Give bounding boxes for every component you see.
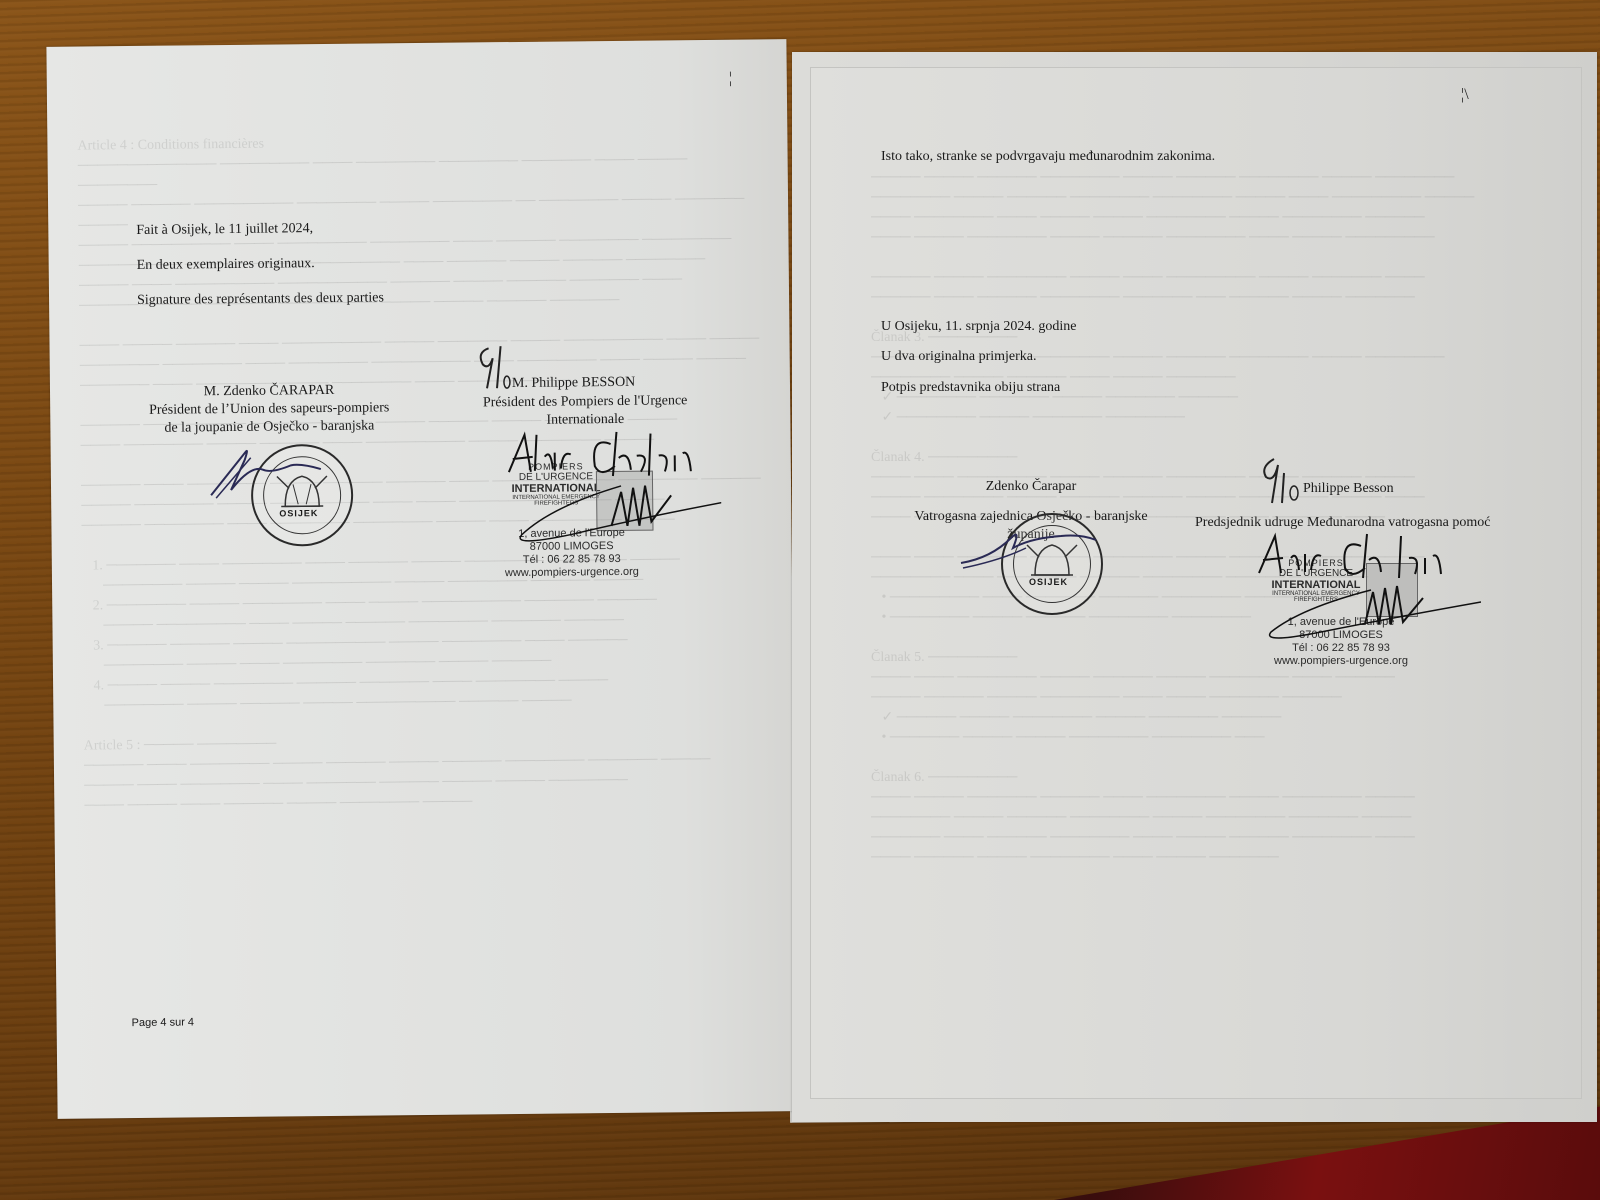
- place-date: Fait à Osijek, le 11 juillet 2024,: [136, 220, 313, 240]
- signatory-1-name: Zdenko Čarapar: [881, 478, 1181, 496]
- signature-zdenko-carapar: [201, 439, 342, 510]
- left-page-french: Article 4 : Conditions financières ─────…: [46, 39, 797, 1119]
- signature-heading: Signature des représentants des deux par…: [137, 289, 384, 310]
- signatory-1-title-line-2: de la joupanie de Osječko - baranjska: [134, 417, 404, 438]
- right-page-sheet: ───── ───── ────── ──────── ───── ──────…: [810, 67, 1582, 1099]
- proxy-mark-po: [475, 342, 516, 392]
- page-footer: Page 4 sur 4: [132, 1013, 195, 1032]
- signature-alain-chaplain: [490, 425, 721, 547]
- copies-statement: En deux exemplaires originaux.: [137, 255, 315, 275]
- stamp-city-text: OSIJEK: [1029, 577, 1068, 587]
- signatory-2-name: M. Philippe BESSON: [512, 374, 635, 393]
- copies-statement: U dva originalna primjerka.: [881, 348, 1037, 366]
- stamp-city-text: OSIJEK: [279, 508, 318, 518]
- stamp-website: www.pompiers-urgence.org: [1266, 655, 1416, 668]
- intro-statement: Isto tako, stranke se podvrgavaju međuna…: [881, 148, 1215, 166]
- proxy-mark-po: [1256, 453, 1306, 508]
- corner-handwritten-mark: ¦\: [1461, 86, 1469, 104]
- place-date: U Osijeku, 11. srpnja 2024. godine: [881, 318, 1076, 336]
- signature-alain-chaplain: [1241, 528, 1481, 648]
- stamp-website: www.pompiers-urgence.org: [497, 566, 647, 581]
- signature-heading: Potpis predstavnika obiju strana: [881, 379, 1060, 397]
- signatory-2-name: Philippe Besson: [1303, 480, 1394, 498]
- corner-handwritten-mark: ¦: [729, 70, 732, 88]
- signature-zdenko-carapar: [951, 508, 1101, 578]
- right-page-croatian: ───── ───── ────── ──────── ───── ──────…: [792, 52, 1597, 1122]
